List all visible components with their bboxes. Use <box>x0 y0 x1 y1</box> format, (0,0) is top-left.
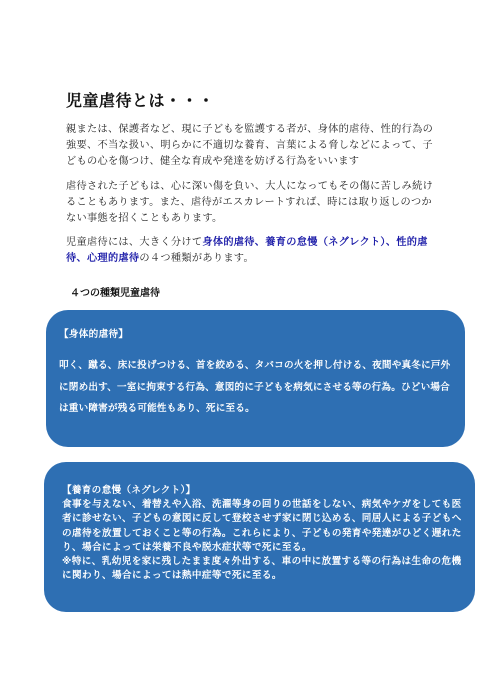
effects-paragraph: 虐待された子どもは、心に深い傷を負い、大人になってもその傷に苦しみ続けることもあ… <box>66 179 441 227</box>
types-intro-prefix: 児童虐待には、大きく分けて <box>66 237 202 248</box>
physical-abuse-box: 【身体的虐待】 叩く、蹴る、床に投げつける、首を絞める、タバコの火を押し付ける、… <box>46 310 465 447</box>
page-title: 児童虐待とは・・・ <box>66 88 215 111</box>
neglect-title: 【養育の怠慢（ネグレクト）】 <box>62 484 463 498</box>
neglect-box: 【養育の怠慢（ネグレクト）】 食事を与えない、着替えや入浴、洗濯等身の回りの世話… <box>44 462 475 612</box>
types-intro-suffix: の４つ種類があります。 <box>139 253 254 264</box>
definition-paragraph: 親または、保護者など、現に子どもを監護する者が、身体的虐待、性的行為の強要、不当… <box>66 122 441 170</box>
types-intro-paragraph: 児童虐待には、大きく分けて身体的虐待、養育の怠慢（ネグレクト）、性的虐待、心理的… <box>66 235 441 267</box>
section-heading: ４つの種類児童虐待 <box>70 284 160 299</box>
physical-abuse-title: 【身体的虐待】 <box>59 327 453 343</box>
neglect-note: ※特に、乳幼児を家に残したまま度々外出する、車の中に放置する等の行為は生命の危機… <box>62 555 463 584</box>
physical-abuse-body: 叩く、蹴る、床に投げつける、首を絞める、タバコの火を押し付ける、夜間や真冬に戸外… <box>59 355 453 420</box>
neglect-body: 食事を与えない、着替えや入浴、洗濯等身の回りの世話をしない、病気やケガをしても医… <box>62 498 463 555</box>
